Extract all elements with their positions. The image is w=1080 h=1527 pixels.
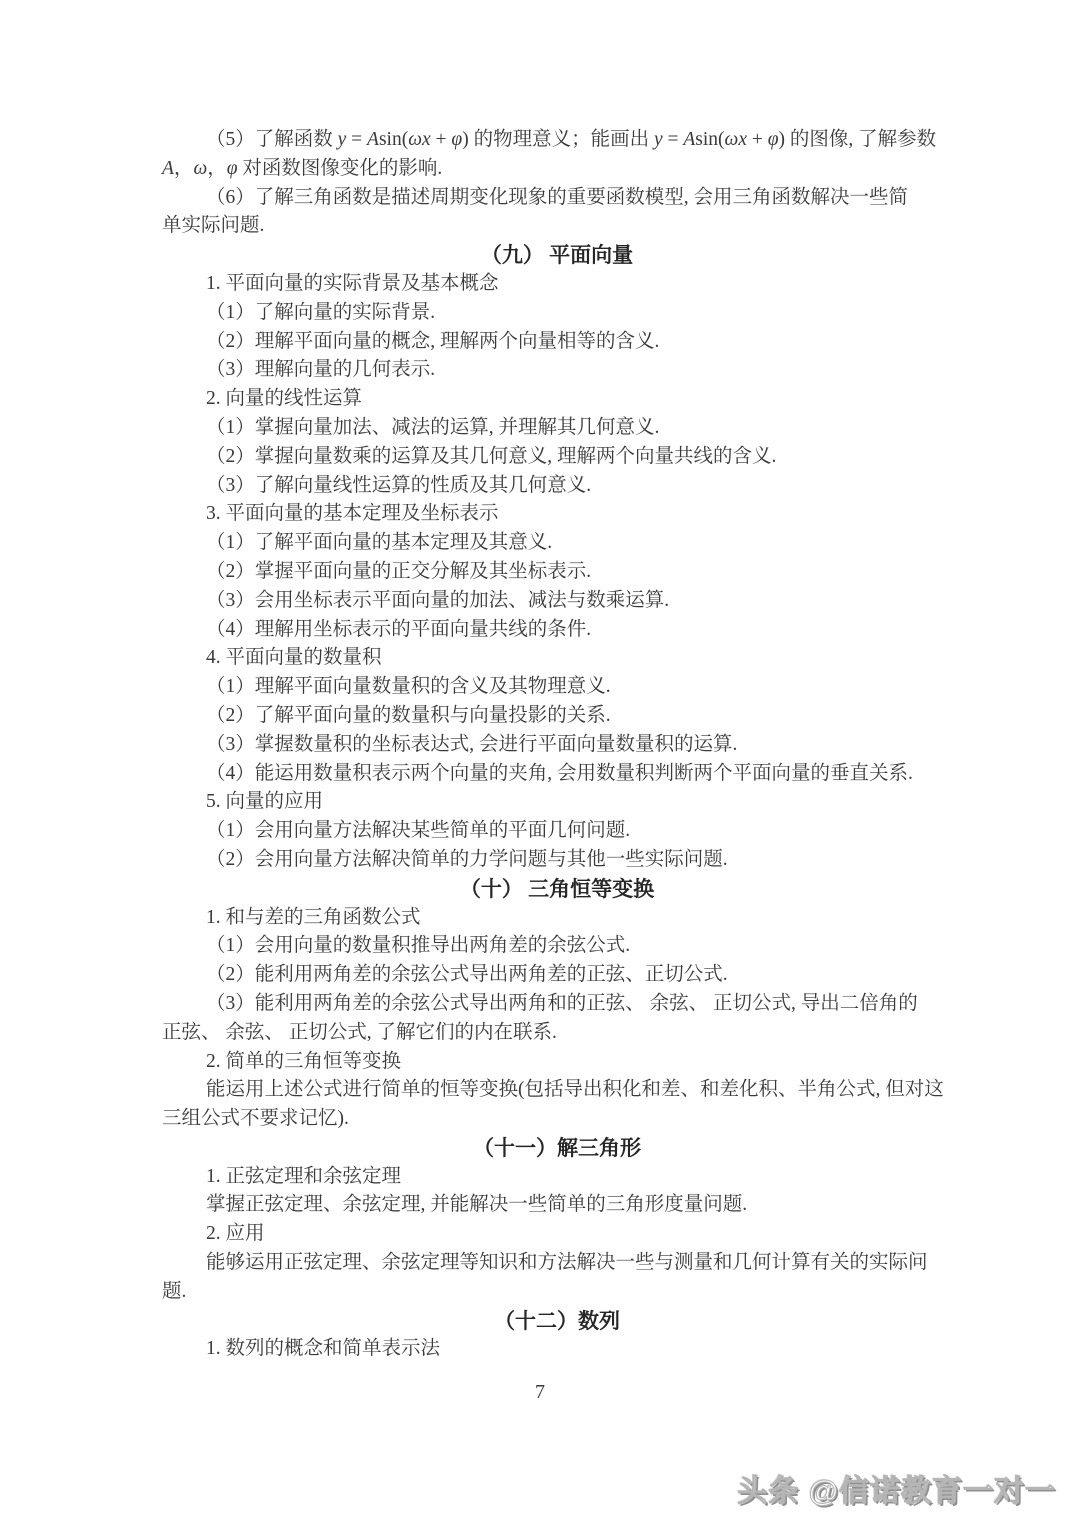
text-line: 单实际问题.: [162, 212, 952, 241]
math-token: ): [462, 129, 473, 150]
document-body: （5）了解函数 y = Asin(ωx + φ) 的物理意义；能画出 y = A…: [162, 126, 952, 1364]
text-token: 对函数图像变化的影响.: [238, 158, 443, 179]
text-line: （2）理解平面向量的概念, 理解两个向量相等的含义.: [162, 328, 952, 357]
text-line: 2. 应用: [162, 1220, 952, 1249]
text-line: 1. 数列的概念和简单表示法: [162, 1335, 952, 1364]
text-line: 4. 平面向量的数量积: [162, 644, 952, 673]
watermark-text: 头条 @信诺教育一对一: [737, 1466, 1056, 1510]
math-token: +: [747, 129, 768, 150]
text-line: （3）掌握数量积的坐标表达式, 会进行平面向量数量积的运算.: [162, 731, 952, 760]
math-token: =: [663, 129, 684, 150]
text-line: （2）掌握平面向量的正交分解及其坐标表示.: [162, 558, 952, 587]
math-token: ωx: [725, 129, 747, 150]
text-token: 的图像, 了解参数: [790, 129, 936, 150]
text-line: （1）会用向量的数量积推导出两角差的余弦公式.: [162, 932, 952, 961]
math-token: =: [346, 129, 367, 150]
text-line: （3）了解向量线性运算的性质及其几何意义.: [162, 472, 952, 501]
text-line: 1. 正弦定理和余弦定理: [162, 1163, 952, 1192]
text-line: （3）能利用两角差的余弦公式导出两角和的正弦、 余弦、 正切公式, 导出二倍角的: [162, 990, 952, 1019]
math-token: A: [683, 129, 695, 150]
math-token: y: [338, 129, 347, 150]
text-line: 正弦、 余弦、 正切公式, 了解它们的内在联系.: [162, 1019, 952, 1048]
page-number: 7: [0, 1381, 1080, 1404]
text-line: 3. 平面向量的基本定理及坐标表示: [162, 500, 952, 529]
math-token: sin(: [695, 129, 724, 150]
section-heading: （十二）数列: [162, 1307, 952, 1336]
text-line: （4）理解用坐标表示的平面向量共线的条件.: [162, 616, 952, 645]
text-line: 掌握正弦定理、余弦定理, 并能解决一些简单的三角形度量问题.: [162, 1191, 952, 1220]
math-token: φ: [227, 158, 238, 179]
text-line: （5）了解函数 y = Asin(ωx + φ) 的物理意义；能画出 y = A…: [162, 126, 952, 155]
math-token: ω: [193, 158, 207, 179]
math-token: sin(: [379, 129, 408, 150]
math-token: A: [367, 129, 379, 150]
text-token: ，: [174, 158, 194, 179]
text-line: （1）掌握向量加法、减法的运算, 并理解其几何意义.: [162, 414, 952, 443]
text-line: A，ω，φ 对函数图像变化的影响.: [162, 155, 952, 184]
text-line: （3）会用坐标表示平面向量的加法、减法与数乘运算.: [162, 587, 952, 616]
text-line: 题.: [162, 1278, 952, 1307]
text-line: 2. 向量的线性运算: [162, 385, 952, 414]
math-token: +: [431, 129, 452, 150]
section-heading: （十一）解三角形: [162, 1134, 952, 1163]
section-heading: （十） 三角恒等变换: [162, 875, 952, 904]
text-line: （2）能利用两角差的余弦公式导出两角差的正弦、正切公式.: [162, 961, 952, 990]
text-line: （1）会用向量方法解决某些简单的平面几何问题.: [162, 817, 952, 846]
math-token: φ: [451, 129, 462, 150]
text-line: （1）理解平面向量数量积的含义及其物理意义.: [162, 673, 952, 702]
text-token: 的物理意义；能画出: [474, 129, 654, 150]
math-token: y: [654, 129, 663, 150]
text-line: 5. 向量的应用: [162, 788, 952, 817]
text-line: （3）理解向量的几何表示.: [162, 356, 952, 385]
text-line: （4）能运用数量积表示两个向量的夹角, 会用数量积判断两个平面向量的垂直关系.: [162, 760, 952, 789]
text-line: 1. 和与差的三角函数公式: [162, 904, 952, 933]
text-line: （1）了解向量的实际背景.: [162, 299, 952, 328]
math-token: ): [779, 129, 790, 150]
text-line: （2）掌握向量数乘的运算及其几何意义, 理解两个向量共线的含义.: [162, 443, 952, 472]
text-line: 能运用上述公式进行简单的恒等变换(包括导出积化和差、和差化积、半角公式, 但对这: [162, 1076, 952, 1105]
math-token: A: [162, 158, 174, 179]
text-line: （1）了解平面向量的基本定理及其意义.: [162, 529, 952, 558]
text-line: 能够运用正弦定理、余弦定理等知识和方法解决一些与测量和几何计算有关的实际问: [162, 1249, 952, 1278]
section-heading: （九） 平面向量: [162, 241, 952, 270]
text-line: 1. 平面向量的实际背景及基本概念: [162, 270, 952, 299]
text-line: （6）了解三角函数是描述周期变化现象的重要函数模型, 会用三角函数解决一些简: [162, 184, 952, 213]
text-line: 三组公式不要求记忆).: [162, 1105, 952, 1134]
text-line: （2）会用向量方法解决简单的力学问题与其他一些实际问题.: [162, 846, 952, 875]
text-token: ，: [207, 158, 227, 179]
text-line: 2. 简单的三角恒等变换: [162, 1048, 952, 1077]
text-token: （5）了解函数: [206, 129, 338, 150]
math-token: ωx: [408, 129, 430, 150]
math-token: φ: [768, 129, 779, 150]
text-line: （2）了解平面向量的数量积与向量投影的关系.: [162, 702, 952, 731]
